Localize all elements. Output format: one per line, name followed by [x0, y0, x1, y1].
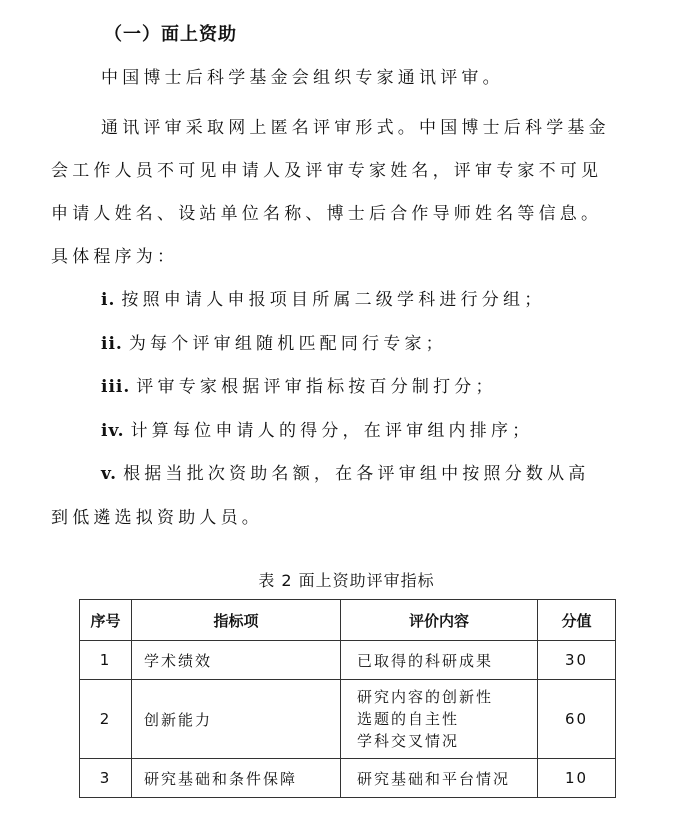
cell-no: 1: [80, 641, 132, 680]
cell-item: 研究基础和条件保障: [132, 759, 341, 798]
paragraph-2-line-2: 会工作人员不可见申请人及评审专家姓名，评审专家不可见: [51, 160, 602, 182]
table-header-row: 序号 指标项 评价内容 分值: [80, 600, 616, 641]
cell-no: 2: [80, 680, 132, 759]
step-number: iv.: [101, 421, 125, 441]
step-number: v.: [101, 464, 117, 484]
step-text: 评审专家根据评审指标按百分制打分；: [136, 377, 496, 397]
step-text: 为每个评审组随机匹配同行专家；: [129, 334, 447, 354]
cell-content: 已取得的科研成果: [341, 641, 538, 680]
paragraph-2-line-4: 具体程序为：: [51, 246, 178, 268]
step-2: ii.为每个评审组随机匹配同行专家；: [101, 333, 447, 355]
table-row: 2 创新能力 研究内容的创新性 选题的自主性 学科交叉情况 60: [80, 680, 616, 759]
header-no: 序号: [80, 600, 132, 641]
cell-content: 研究基础和平台情况: [341, 759, 538, 798]
step-3: iii.评审专家根据评审指标按百分制打分；: [101, 376, 497, 398]
cell-item: 学术绩效: [132, 641, 341, 680]
header-score: 分值: [538, 600, 616, 641]
cell-no: 3: [80, 759, 132, 798]
cell-score: 60: [538, 680, 616, 759]
step-text: 按照申请人申报项目所属二级学科进行分组；: [121, 290, 545, 310]
step-number: ii.: [101, 334, 123, 354]
table-caption: 表 2 面上资助评审指标: [0, 568, 693, 591]
step-5: v.根据当批次资助名额，在各评审组中按照分数从高: [101, 463, 590, 485]
step-text: 根据当批次资助名额，在各评审组中按照分数从高: [123, 464, 589, 484]
evaluation-table: 序号 指标项 评价内容 分值 1 学术绩效 已取得的科研成果 30 2 创新能力…: [79, 599, 616, 798]
content-line: 研究内容的创新性: [357, 686, 537, 708]
step-text: 计算每位申请人的得分，在评审组内排序；: [131, 421, 534, 441]
step-4: iv.计算每位申请人的得分，在评审组内排序；: [101, 420, 533, 442]
content-line: 学科交叉情况: [357, 730, 537, 752]
header-content: 评价内容: [341, 600, 538, 641]
step-number: iii.: [101, 377, 130, 397]
cell-score: 10: [538, 759, 616, 798]
header-item: 指标项: [132, 600, 341, 641]
cell-score: 30: [538, 641, 616, 680]
closing-line: 到低遴选拟资助人员。: [51, 507, 263, 529]
cell-content: 研究内容的创新性 选题的自主性 学科交叉情况: [341, 680, 538, 759]
paragraph-2-line-1: 通讯评审采取网上匿名评审形式。中国博士后科学基金: [101, 117, 610, 139]
cell-item: 创新能力: [132, 680, 341, 759]
table-row: 1 学术绩效 已取得的科研成果 30: [80, 641, 616, 680]
step-1: i.按照申请人申报项目所属二级学科进行分组；: [101, 289, 545, 311]
table-row: 3 研究基础和条件保障 研究基础和平台情况 10: [80, 759, 616, 798]
section-heading: （一）面上资助: [104, 24, 237, 46]
paragraph-2-line-3: 申请人姓名、设站单位名称、博士后合作导师姓名等信息。: [51, 203, 602, 225]
content-line: 选题的自主性: [357, 708, 537, 730]
step-number: i.: [101, 290, 115, 310]
paragraph-1: 中国博士后科学基金会组织专家通讯评审。: [101, 67, 504, 89]
